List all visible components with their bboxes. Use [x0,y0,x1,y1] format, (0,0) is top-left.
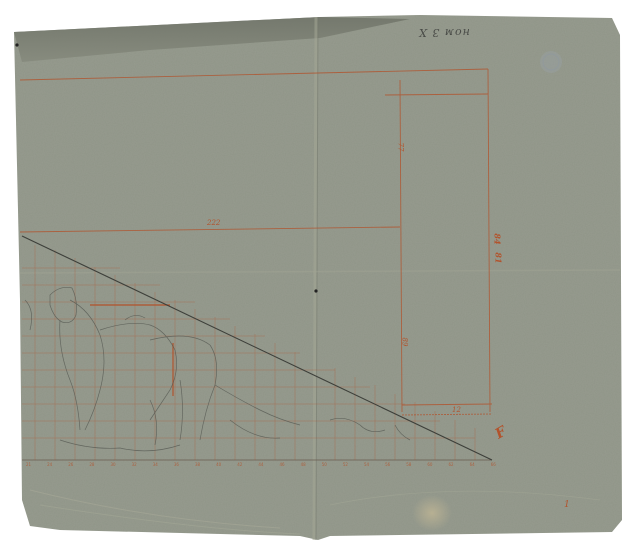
ruler-label: 28 [89,462,94,470]
ruler-label: 44 [258,462,263,470]
ruler-label: 60 [427,462,432,470]
horizontal-measure-label: 222 [207,219,220,227]
vertical-measure-lower-label: 89 [400,338,408,347]
ruler-label: 56 [385,462,390,470]
ruler-label: 32 [132,462,137,470]
ruler-label: 62 [449,462,454,470]
ruler-label: 26 [68,462,73,470]
ruler-label: 30 [111,462,116,470]
ruler-label: 42 [237,462,242,470]
ruler-label: 52 [343,462,348,470]
ruler-label: 21 [26,462,31,470]
ruler-label: 54 [364,462,369,470]
ruler-label: 50 [322,462,327,470]
paper-stain [412,495,452,531]
ruler-label: 48 [301,462,306,470]
vertical-measure-upper-label: 77 [396,143,404,152]
ruler-label: 38 [195,462,200,470]
right-side-mark-2: 81 [494,252,504,263]
right-side-mark-1: 84 [493,233,503,244]
ruler-label: 34 [153,462,158,470]
ruler-label: 46 [280,462,285,470]
ruler-label: 24 [47,462,52,470]
ruler-label: 40 [216,462,221,470]
bottom-right-measure-label: 12 [452,406,461,414]
ruler-label: 58 [406,462,411,470]
ruler-label: 36 [174,462,179,470]
ruler-label: 64 [470,462,475,470]
top-right-pencil-inscription: ном 3 Х [418,26,470,39]
bottom-corner-number: 1 [564,500,570,510]
bottom-ruler-labels: 21 24 26 28 30 32 34 36 38 40 42 44 46 4… [26,462,496,470]
ruler-label: 66 [491,462,496,470]
